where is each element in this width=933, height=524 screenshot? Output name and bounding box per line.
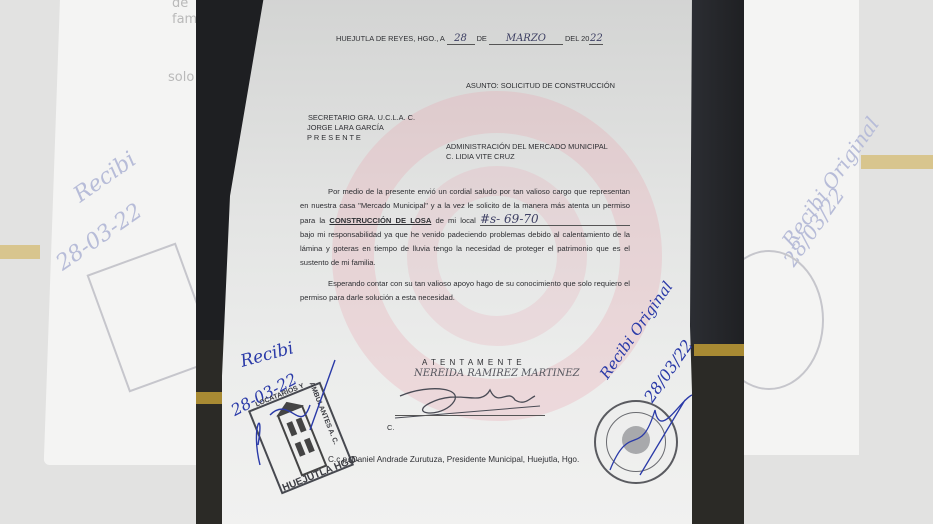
signature-line: [395, 415, 545, 416]
recipient-name: JORGE LARA GARCÍA: [307, 123, 384, 132]
day-field: 28: [447, 33, 475, 45]
letter-date-line: HUEJUTLA DE REYES, HGO., A 28 DE MARZO D…: [336, 33, 603, 45]
emphasis-construction: CONSTRUCCIÓN DE LOSA: [329, 216, 431, 225]
receipt-signature-left: [240, 355, 350, 475]
ghost-text: de: [172, 0, 188, 11]
signer-prefix: C.: [387, 423, 394, 432]
gold-trim: [196, 392, 226, 404]
paragraph-text: de mi local: [435, 216, 475, 225]
recipient-presente: P R E S E N T E: [307, 133, 361, 142]
cc-admin: ADMINISTRACIÓN DEL MERCADO MUNICIPAL: [446, 142, 608, 151]
local-number-field: #s- 69-70: [480, 214, 630, 226]
closing-atentamente: A T E N T A M E N T E: [422, 358, 523, 367]
right-blurred-panel: Recibi Original 28/03/22: [744, 0, 933, 524]
receipt-signature-right: [600, 380, 700, 480]
subject-line: ASUNTO: SOLICITUD DE CONSTRUCCIÓN: [466, 81, 615, 90]
paragraph-request: Por medio de la presente envió un cordia…: [300, 185, 630, 271]
year-label: DEL 20: [565, 34, 589, 43]
year-field: 22: [589, 33, 603, 45]
blurred-gold-strip: [861, 155, 933, 169]
month-field: MARZO: [489, 33, 563, 45]
left-blurred-panel: de fam solo Recibi 28-03-22: [0, 0, 196, 524]
de-label: DE: [477, 34, 487, 43]
ghost-text: solo: [168, 70, 194, 85]
signature-scribble: [390, 378, 550, 428]
blurred-gold-strip: [0, 245, 40, 259]
cc-footer: C.c.p. Daniel Andrade Zurutuza, Presiden…: [328, 455, 579, 464]
ghost-text: fam: [172, 12, 196, 27]
recipient-title: SECRETARIO GRA. U.C.L.A. C.: [308, 113, 415, 122]
paragraph-text: bajo mi responsabilidad ya que he venido…: [300, 230, 630, 268]
place-label: HUEJUTLA DE REYES, HGO., A: [336, 34, 444, 43]
paragraph-closing: Esperando contar con su tan valioso apoy…: [300, 277, 630, 306]
gold-trim: [694, 344, 744, 356]
cc-name: C. LIDIA VITE CRUZ: [446, 152, 515, 161]
paragraph-text: Esperando contar con su tan valioso apoy…: [300, 279, 630, 302]
